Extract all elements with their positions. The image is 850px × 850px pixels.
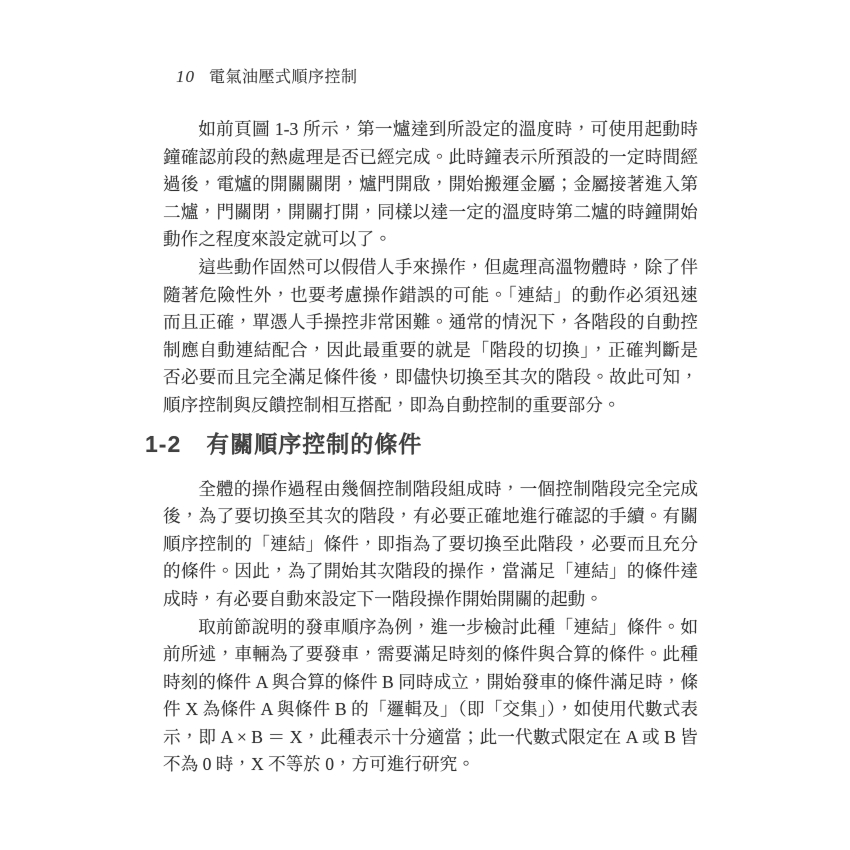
section-heading: 1-2 有關順序控制的條件 [145,429,698,459]
book-page: 10 電氣油壓式順序控制 如前頁圖 1-3 所示，第一爐達到所設定的溫度時，可使… [0,0,850,850]
page-number: 10 [176,67,195,87]
running-title: 電氣油壓式順序控制 [209,64,358,87]
paragraph-2: 這些動作固然可以假借人手來操作，但處理高溫物體時，除了伴隨著危險性外，也要考慮操… [163,254,698,420]
section-number: 1-2 [145,429,181,459]
running-header: 10 電氣油壓式順序控制 [176,64,358,87]
page-body: 如前頁圖 1-3 所示，第一爐達到所設定的溫度時，可使用起動時鐘確認前段的熱處理… [163,116,698,779]
section-title: 有關順序控制的條件 [206,429,422,459]
paragraph-1: 如前頁圖 1-3 所示，第一爐達到所設定的溫度時，可使用起動時鐘確認前段的熱處理… [163,116,698,254]
paragraph-4: 取前節說明的發車順序為例，進一步檢討此種「連結」條件。如前所述，車輛為了要發車，… [163,614,698,780]
paragraph-3: 全體的操作過程由幾個控制階段組成時，一個控制階段完全完成後，為了要切換至其次的階… [163,476,698,614]
